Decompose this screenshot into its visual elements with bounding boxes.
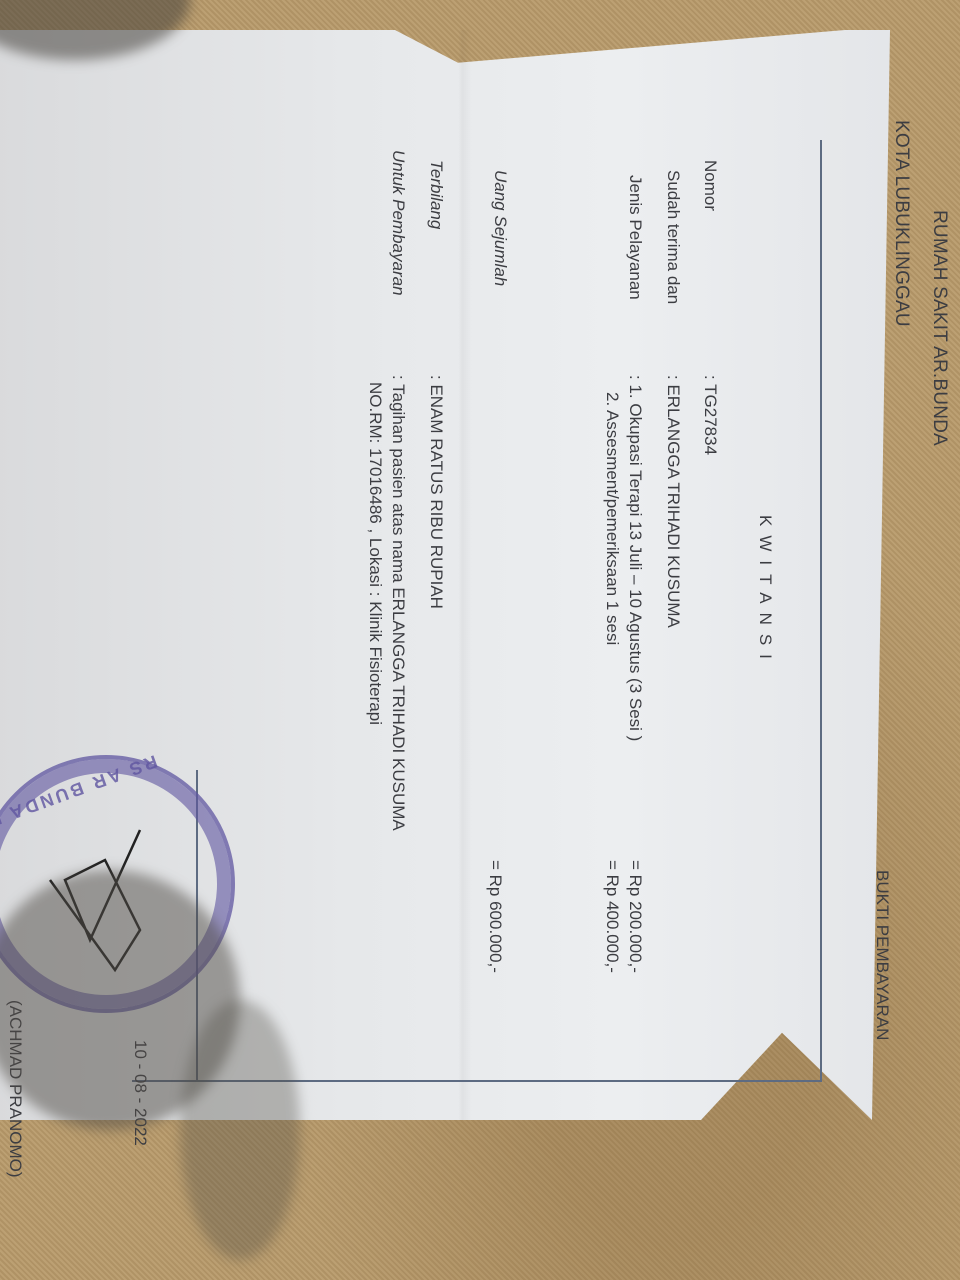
institution-city: KOTA LUBUKLINGGAU [890, 120, 912, 327]
service-amount-2: = Rp 400.000,- [602, 860, 622, 973]
value-received-from: : ERLANGGA TRIHADI KUSUMA [663, 375, 683, 628]
value-purpose-line1: : Tagihan pasien atas nama ERLANGGA TRIH… [388, 375, 408, 831]
service-item-2: 2. Assesment/pemeriksaan 1 sesi [602, 392, 622, 645]
value-purpose-line2: NO.RM: 17016486 , Lokasi : Klinik Fisiot… [365, 382, 385, 725]
service-amount-1: = Rp 200.000,- [625, 860, 645, 973]
document-title: KWITANSI [755, 515, 775, 668]
label-nomor: Nomor [700, 160, 720, 211]
document-type: BUKTI PEMBAYARAN [872, 870, 892, 1040]
value-nomor: : TG27834 [700, 375, 720, 455]
institution-name: RUMAH SAKIT AR.BUNDA [928, 210, 950, 446]
label-services: Jenis Pelayanan [625, 175, 645, 300]
label-purpose: Untuk Pembayaran [388, 150, 408, 296]
service-item-1: : 1. Okupasi Terapi 13 Juli – 10 Agustus… [625, 375, 645, 741]
value-amount: = Rp 600.000,- [485, 860, 505, 973]
label-amount: Uang Sejumlah [490, 170, 510, 286]
value-in-words: : ENAM RATUS RIBU RUPIAH [426, 375, 446, 609]
hand-shadow-2 [180, 1000, 300, 1260]
header-rule [821, 140, 823, 1080]
label-received-from: Sudah terima dan [663, 170, 683, 304]
label-in-words: Terbilang [426, 160, 446, 229]
